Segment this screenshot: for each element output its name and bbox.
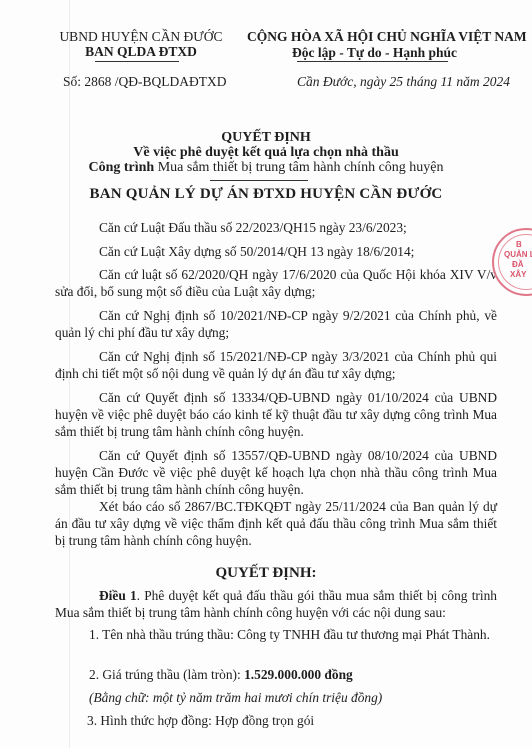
article-1: Điều 1. Phê duyệt kết quả đấu thầu gói t…: [55, 587, 497, 621]
title-rule: [210, 180, 308, 181]
agency-name: UBND HUYỆN CẦN ĐƯỚC: [48, 29, 234, 45]
basis-5: Căn cứ Nghị định số 15/2021/NĐ-CP ngày 3…: [55, 348, 497, 382]
basis-2: Căn cứ Luật Xây dựng số 50/2014/QH 13 ng…: [55, 243, 497, 260]
right-header-rule: [297, 61, 448, 62]
document-page: UBND HUYỆN CẦN ĐƯỚC BAN QLDA ĐTXD Số: 28…: [0, 0, 532, 748]
basis-1: Căn cứ Luật Đấu thầu số 22/2023/QH15 ngà…: [55, 219, 497, 236]
article-1-item-1: 1. Tên nhà thầu trúng thầu: Công ty TNHH…: [55, 626, 497, 643]
document-number: Số: 2868 /QĐ-BQLDAĐTXD: [63, 74, 227, 90]
project-label: Công trình: [88, 160, 154, 175]
unit-name: BAN QLDA ĐTXD: [48, 44, 234, 60]
decision-subject: Về việc phê duyệt kết quả lựa chọn nhà t…: [0, 145, 532, 161]
project-line: Công trình Mua sắm thiết bị trung tâm hà…: [0, 160, 532, 176]
basis-3: Căn cứ luật số 62/2020/QH ngày 17/6/2020…: [55, 266, 497, 300]
official-seal-icon: B QUẢN L ĐẦ XÂY: [492, 228, 532, 296]
decision-heading: QUYẾT ĐỊNH: [0, 130, 532, 146]
contract-price-words: (Bằng chữ: một tỷ năm trăm hai mươi chín…: [89, 690, 382, 706]
basis-6: Căn cứ Quyết định số 13334/QĐ-UBND ngày …: [55, 389, 497, 440]
basis-7: Căn cứ Quyết định số 13557/QĐ-UBND ngày …: [55, 447, 497, 498]
place-and-date: Cần Đước, ngày 25 tháng 11 năm 2024: [297, 74, 510, 90]
basis-4: Căn cứ Nghị định số 10/2021/NĐ-CP ngày 9…: [55, 307, 497, 341]
article-1-item-2: 2. Giá trúng thầu (làm tròn): 1.529.000.…: [89, 667, 353, 683]
article-1-item-3: 3. Hình thức hợp đồng: Hợp đồng trọn gói: [87, 713, 314, 729]
issuer-heading: BAN QUẢN LÝ DỰ ÁN ĐTXD HUYỆN CẦN ĐƯỚC: [0, 186, 532, 203]
contract-price: 1.529.000.000 đồng: [244, 667, 353, 682]
left-header-rule: [95, 61, 179, 62]
nation-title: CỘNG HÒA XÃ HỘI CHỦ NGHĨA VIỆT NAM: [247, 29, 527, 45]
article-1-label: Điều 1: [99, 588, 137, 603]
national-motto: Độc lập - Tự do - Hạnh phúc: [247, 45, 502, 61]
basis-8: Xét báo cáo số 2867/BC.TĐKQĐT ngày 25/11…: [55, 498, 497, 549]
decision-section-heading: QUYẾT ĐỊNH:: [0, 565, 532, 582]
project-name: Mua sắm thiết bị trung tâm hành chính cô…: [154, 160, 443, 175]
